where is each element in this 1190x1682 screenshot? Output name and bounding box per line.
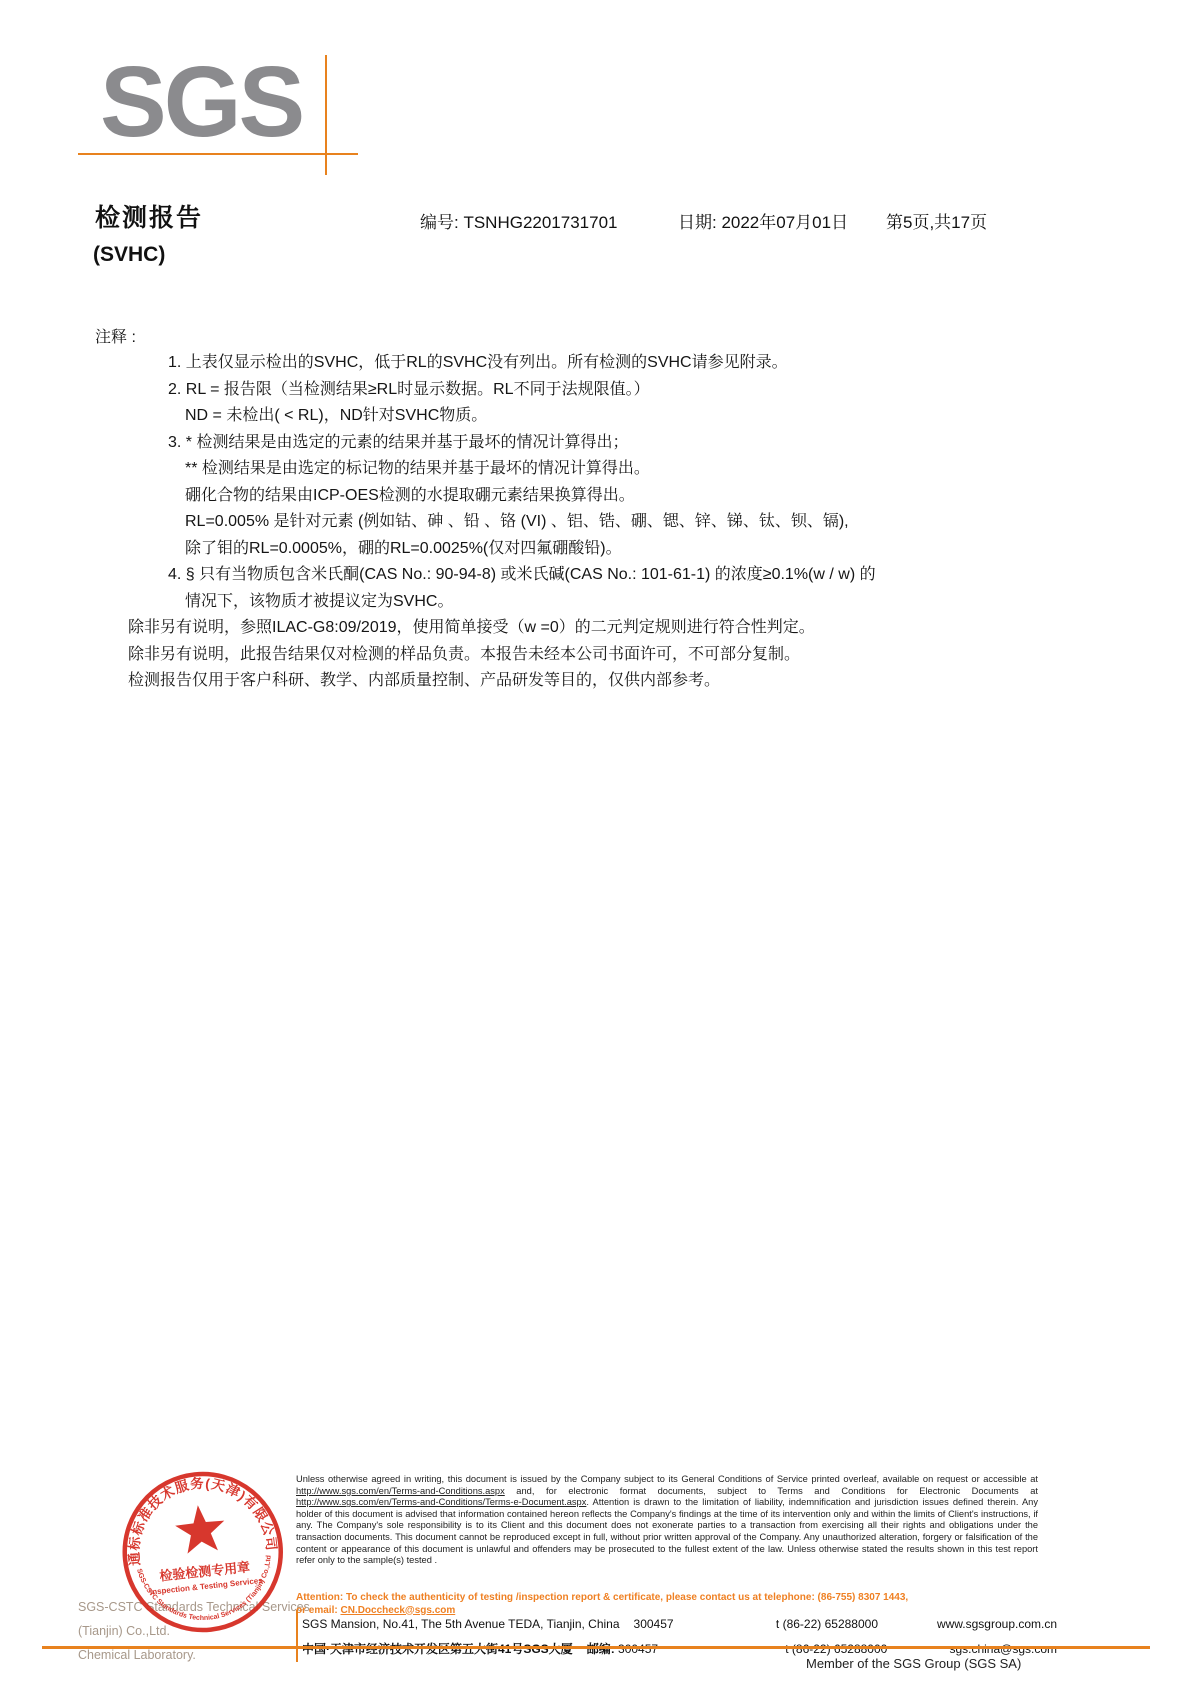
telephone-1: t (86-22) 65288000 xyxy=(776,1617,937,1631)
postal-label-cn: 邮编: xyxy=(587,1642,615,1656)
note-line: 除非另有说明，参照ILAC-G8:09/2019，使用简单接受（w =0）的二元… xyxy=(128,615,876,642)
postal-code-cn: 300457 xyxy=(618,1642,658,1656)
note-line: ND = 未检出( < RL)，ND针对SVHC物质。 xyxy=(185,403,876,430)
doccheck-email-link[interactable]: CN.Doccheck@sgs.com xyxy=(340,1605,455,1616)
report-page: SGS 检测报告 (SVHC) 编号: TSNHG2201731701 日期: … xyxy=(0,0,1190,1682)
note-line: 检测报告仅用于客户科研、教学、内部质量控制、产品研发等目的，仅供内部参考。 xyxy=(128,668,876,695)
note-line: 1. 上表仅显示检出的SVHC，低于RL的SVHC没有列出。所有检测的SVHC请… xyxy=(168,350,876,377)
sgs-group-membership: Member of the SGS Group (SGS SA) xyxy=(806,1656,1021,1671)
logo-horizontal-line xyxy=(78,153,358,155)
terms-link[interactable]: http://www.sgs.com/en/Terms-and-Conditio… xyxy=(296,1486,505,1496)
page-title: 检测报告 xyxy=(95,198,203,234)
stamp-seal-icon: 通标标准技术服务(天津)有限公司 SGS-CSTC Standards Tech… xyxy=(109,1459,296,1646)
telephone-2: t (86-22) 65288000 xyxy=(785,1642,949,1656)
note-line: 2. RL = 报告限（当检测结果≥RL时显示数据。RL不同于法规限值。） xyxy=(168,377,876,404)
terms-disclaimer: Unless otherwise agreed in writing, this… xyxy=(296,1474,1038,1567)
attention-line1: Attention: To check the authenticity of … xyxy=(296,1592,1038,1605)
note-line: 情况下，该物质才被提议定为SVHC。 xyxy=(185,589,876,616)
note-line: RL=0.005% 是针对元素 (例如钴、砷 、铅 、铬 (VI) 、铝、锆、硼… xyxy=(185,509,876,536)
inspection-stamp: 通标标准技术服务(天津)有限公司 SGS-CSTC Standards Tech… xyxy=(109,1459,296,1651)
disclaimer-text: and, for electronic format documents, su… xyxy=(505,1486,1038,1496)
address-row-en: SGS Mansion, No.41, The 5th Avenue TEDA,… xyxy=(302,1617,1057,1633)
website-link[interactable]: www.sgsgroup.com.cn xyxy=(937,1617,1057,1631)
note-line: 4. § 只有当物质包含米氏酮(CAS No.: 90-94-8) 或米氏碱(C… xyxy=(168,562,876,589)
page-indicator: 第5页,共17页 xyxy=(886,208,987,233)
report-date: 日期: 2022年07月01日 xyxy=(678,208,848,233)
note-line: 除非另有说明，此报告结果仅对检测的样品负责。本报告未经本公司书面许可，不可部分复… xyxy=(128,642,876,669)
footer-vertical-line xyxy=(296,1610,298,1662)
footer-horizontal-rule xyxy=(42,1646,1150,1649)
attention-notice: Attention: To check the authenticity of … xyxy=(296,1592,1038,1617)
note-line: 硼化合物的结果由ICP-OES检测的水提取硼元素结果换算得出。 xyxy=(185,483,876,510)
terms-e-document-link[interactable]: http://www.sgs.com/en/Terms-and-Conditio… xyxy=(296,1497,586,1507)
notes-list: 1. 上表仅显示检出的SVHC，低于RL的SVHC没有列出。所有检测的SVHC请… xyxy=(168,350,876,695)
stamp-star-icon xyxy=(173,1503,227,1555)
page-subtitle: (SVHC) xyxy=(93,243,165,267)
sgs-logo: SGS xyxy=(100,52,302,152)
note-line: 除了钼的RL=0.0005%，硼的RL=0.0025%(仅对四氟硼酸铅)。 xyxy=(185,536,876,563)
disclaimer-text: Unless otherwise agreed in writing, this… xyxy=(296,1474,1038,1484)
disclaimer-text: . Attention is drawn to the limitation o… xyxy=(296,1497,1038,1565)
email-link[interactable]: sgs.china@sgs.com xyxy=(949,1642,1057,1656)
notes-heading: 注释 : xyxy=(95,324,136,347)
report-number: 编号: TSNHG2201731701 xyxy=(420,208,618,233)
postal-code-en: 300457 xyxy=(634,1617,674,1631)
logo-vertical-line xyxy=(325,55,327,175)
attention-line2-prefix: or email: xyxy=(296,1605,340,1616)
note-line: ** 检测结果是由选定的标记物的结果并基于最坏的情况计算得出。 xyxy=(185,456,876,483)
address-en: SGS Mansion, No.41, The 5th Avenue TEDA,… xyxy=(302,1617,620,1631)
note-line: 3. * 检测结果是由选定的元素的结果并基于最坏的情况计算得出； xyxy=(168,430,876,457)
